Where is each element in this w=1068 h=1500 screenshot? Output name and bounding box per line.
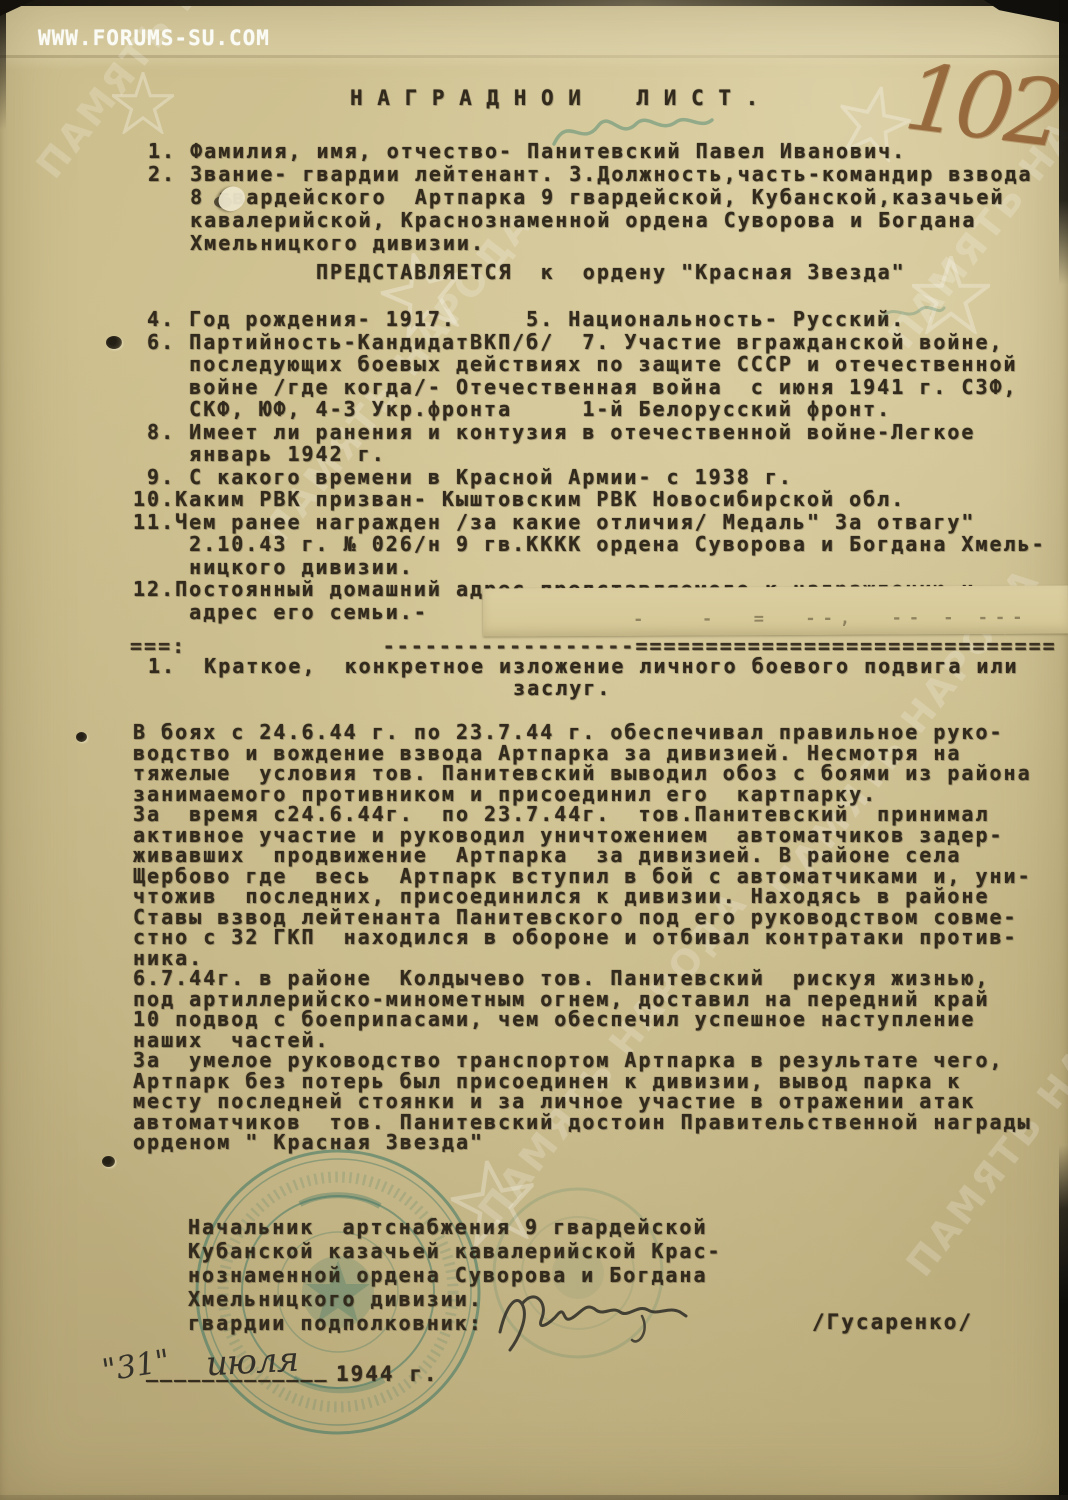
date-month-handwritten: июля (205, 1340, 299, 1385)
header-fields: 1. Фамилия, имя, отчество- Панитевский П… (148, 140, 1033, 255)
scan-right-edge-bottom (1059, 1145, 1068, 1500)
pencil-page-number: 102 (899, 43, 1063, 168)
scan-bottom-edge (0, 1495, 1068, 1500)
citation-text: В боях с 24.6.44 г. по 23.7.44 г. обеспе… (133, 722, 1032, 1153)
paper-hole (106, 336, 122, 349)
signature-icon (492, 1280, 692, 1360)
questionnaire-fields: 4. Год рождения- 1917. 5. Национальность… (133, 308, 1046, 623)
paper-hole (76, 732, 87, 742)
document-title: Н А Г Р А Д Н О И Л И С Т . (350, 86, 759, 110)
paper-hole (102, 1156, 115, 1167)
citation-heading: 1. Краткое, конкретное изложение личного… (148, 655, 1019, 699)
presentation-line: ПРЕДСТАВЛЯЕТСЯ к ордену "Красная Звезда" (316, 260, 906, 284)
address-cover-strip: - - = --, -- - --- (483, 585, 1068, 636)
scan-left-edge (0, 0, 6, 130)
scan-top-edge (0, 0, 1068, 6)
scan-right-edge-top (1059, 0, 1068, 285)
date-day-handwritten: "31" (100, 1343, 173, 1389)
document-page: ПАМЯТЬ НАРОДА ПАМЯТЬ НАРОДА ПАМЯТЬ НАРОД… (0, 0, 1068, 1500)
faded-remnant-marks: - - = --, -- - --- (633, 608, 1030, 630)
watermark-site-url: WWW.FORUMS-SU.COM (38, 26, 270, 50)
scan-corner-top-right (984, 0, 1068, 24)
date-year: 1944 г. (336, 1362, 439, 1386)
endorser-name: /Гусаренко/ (812, 1310, 973, 1334)
star-watermark-icon (112, 72, 174, 134)
